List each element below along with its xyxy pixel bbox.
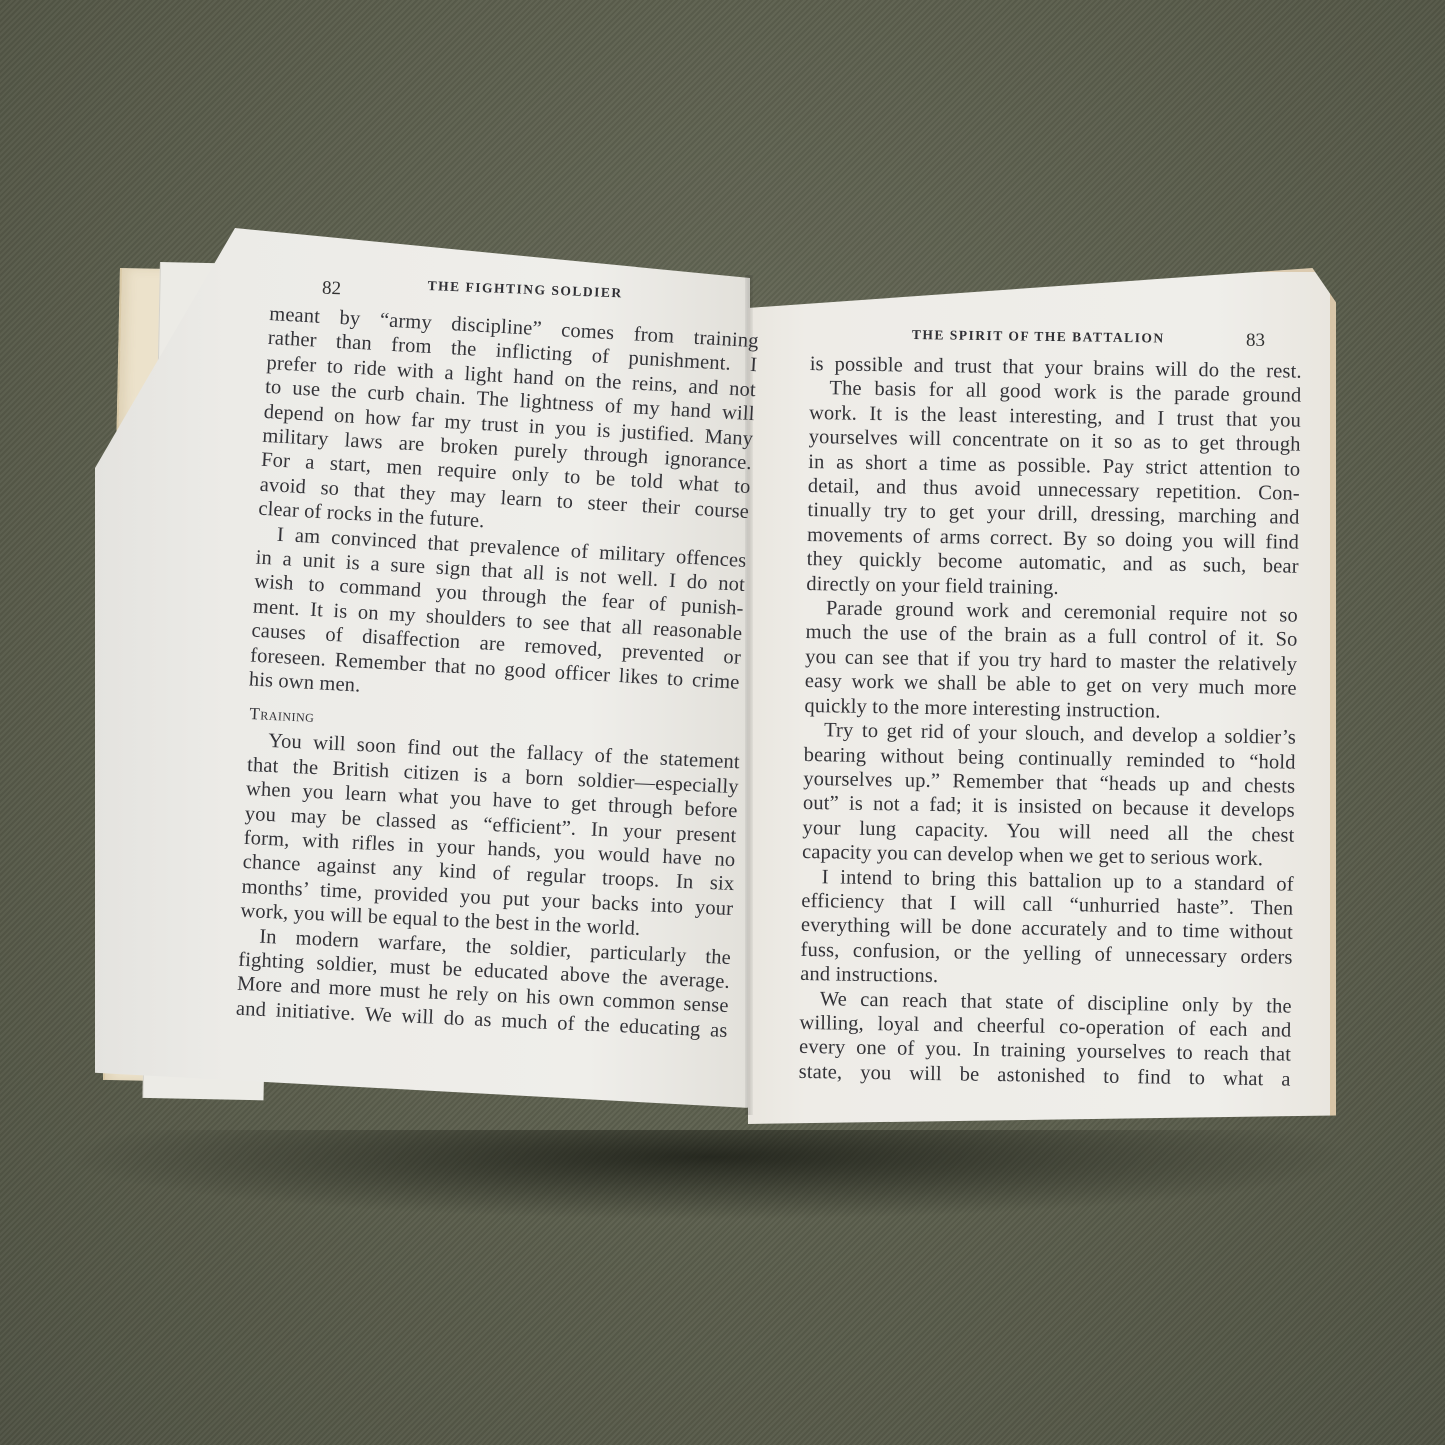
right-page-number: 83 — [1246, 330, 1265, 352]
left-page-text-lower: Training You will soon find out the fall… — [236, 702, 742, 1043]
right-page-text: is possible and trust that your brains w… — [798, 352, 1301, 1092]
left-page-number: 82 — [322, 278, 342, 301]
left-page-text-upper: meant by “army discipline” comes from tr… — [248, 302, 759, 719]
book-shadow — [60, 1130, 1360, 1220]
left-page-training-body: You will soon find out the fallacy of th… — [236, 728, 741, 1043]
